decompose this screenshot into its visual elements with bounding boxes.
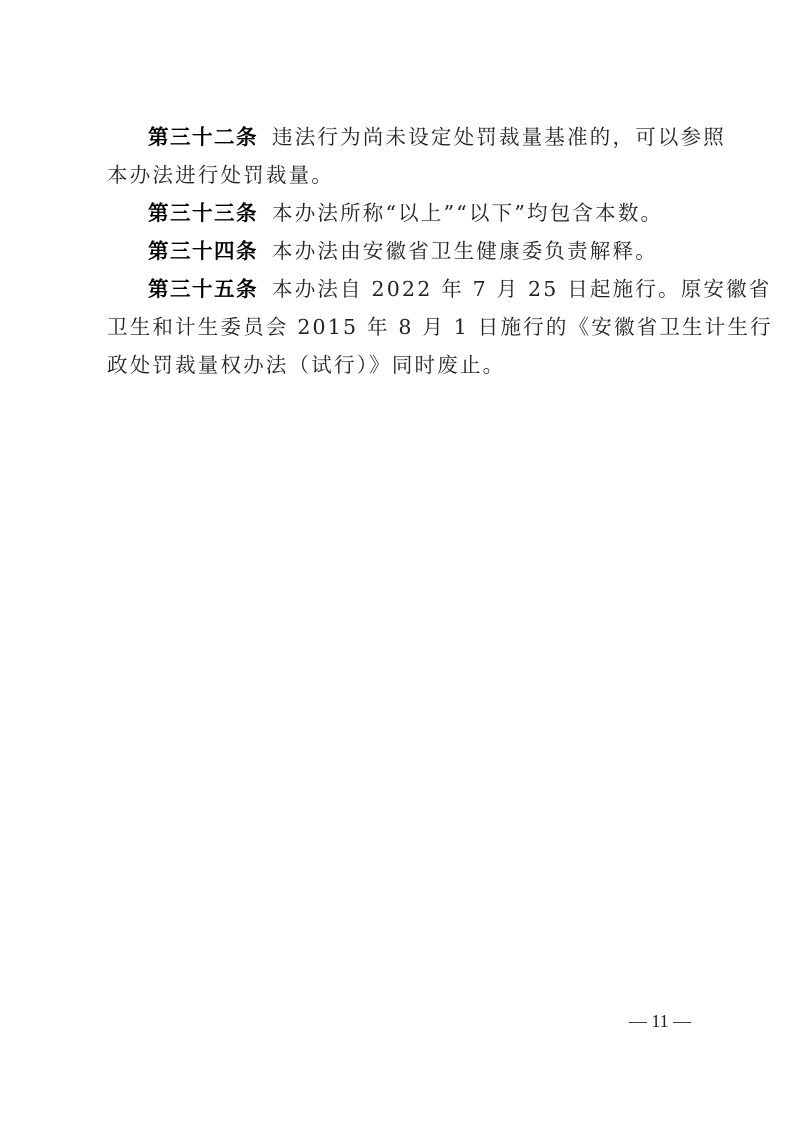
article-35-line-2: 卫生和计生委员会 2015 年 8 月 1 日施行的《安徽省卫生计生行 [107,308,689,346]
article-33-line-1: 第三十三条本办法所称“以上”“以下”均包含本数。 [107,194,689,232]
article-34-title: 第三十四条 [148,239,258,263]
document-page: 第三十二条违法行为尚未设定处罚裁量基准的，可以参照 本办法进行处罚裁量。 第三十… [0,0,793,1122]
article-33-title: 第三十三条 [148,201,258,225]
article-35-line-3: 政处罚裁量权办法（试行）》同时废止。 [107,346,689,384]
article-33-text-1: 本办法所称“以上”“以下”均包含本数。 [272,201,663,225]
article-32-line-1: 第三十二条违法行为尚未设定处罚裁量基准的，可以参照 [107,118,689,156]
article-35-title: 第三十五条 [148,277,258,301]
article-35-text-1: 本办法自 2022 年 7 月 25 日起施行。原安徽省 [272,277,772,301]
document-body: 第三十二条违法行为尚未设定处罚裁量基准的，可以参照 本办法进行处罚裁量。 第三十… [107,118,689,384]
page-number: — 11 — [620,1011,700,1032]
article-35-text-3: 政处罚裁量权办法（试行）》同时废止。 [107,353,505,377]
article-34-line-1: 第三十四条本办法由安徽省卫生健康委负责解释。 [107,232,689,270]
article-32-line-2: 本办法进行处罚裁量。 [107,156,689,194]
article-34-text-1: 本办法由安徽省卫生健康委负责解释。 [272,239,658,263]
article-32-title: 第三十二条 [148,125,258,149]
article-32-text-1: 违法行为尚未设定处罚裁量基准的，可以参照 [272,125,726,149]
article-32-text-2: 本办法进行处罚裁量。 [107,163,334,187]
article-35-line-1: 第三十五条本办法自 2022 年 7 月 25 日起施行。原安徽省 [107,270,689,308]
article-35-text-2: 卫生和计生委员会 2015 年 8 月 1 日施行的《安徽省卫生计生行 [107,315,773,339]
